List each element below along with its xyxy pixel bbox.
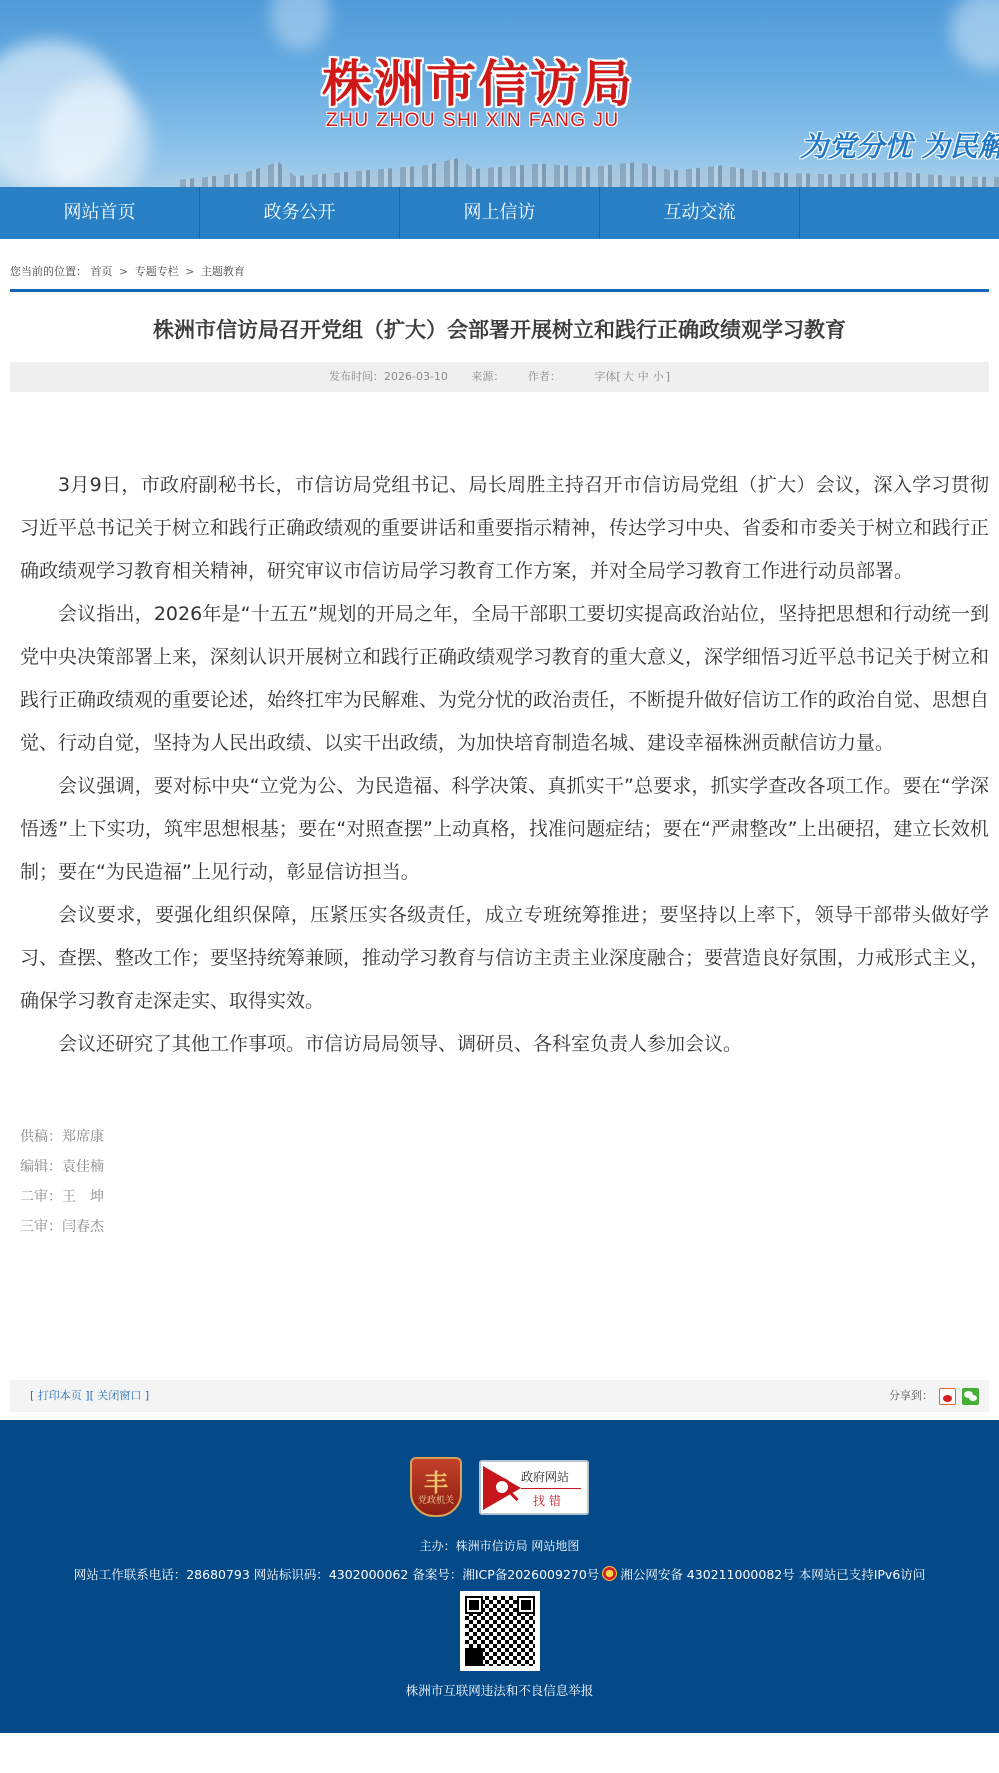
nav-item-home[interactable]: 网站首页 <box>0 187 200 239</box>
print-page-link[interactable]: [ 打印本页 ] <box>30 1389 90 1402</box>
page-actions: [ 打印本页 ][ 关闭窗口 ] <box>30 1380 149 1412</box>
publish-label: 发布时间： <box>329 370 384 383</box>
credit-label: 三审： <box>20 1219 62 1235</box>
breadcrumb: 您当前的位置： 首页 > 专题专栏 > 主题教育 <box>0 239 999 289</box>
credit-second-review: 二审：王 坤 <box>20 1182 999 1212</box>
site-logo-title: 株洲市信访局 <box>322 44 634 116</box>
breadcrumb-separator: > <box>185 265 194 278</box>
weibo-share-icon[interactable] <box>939 1388 956 1405</box>
credit-value: 闫春杰 <box>62 1219 104 1235</box>
font-size-control: 字体[大中小] <box>594 370 670 383</box>
qr-code-image <box>465 1596 535 1666</box>
nav-item-gov-affairs[interactable]: 政务公开 <box>200 187 400 239</box>
share-section: 分享到： <box>889 1380 979 1412</box>
article-title: 株洲市信访局召开党组（扩大）会部署开展树立和践行正确政绩观学习教育 <box>0 312 999 348</box>
credit-value: 郑席康 <box>62 1129 104 1145</box>
article-paragraph: 会议要求，要强化组织保障，压紧压实各级责任，成立专班统筹推进；要坚持以上率下，领… <box>20 894 989 1023</box>
magnifier-icon <box>493 1478 511 1496</box>
font-size-label: 字体[ <box>594 370 620 383</box>
party-government-badge-icon[interactable]: 丰 党政机关 <box>410 1457 462 1517</box>
wechat-share-icon[interactable] <box>962 1388 979 1405</box>
breadcrumb-theme-education[interactable]: 主题教育 <box>201 265 245 278</box>
sponsor-label: 主办： <box>420 1539 456 1553</box>
nav-item-online-petition[interactable]: 网上信访 <box>400 187 600 239</box>
nav-item-interaction[interactable]: 互动交流 <box>600 187 800 239</box>
site-banner: 株洲市信访局 ZHU ZHOU SHI XIN FANG JU 为党分忧 为民解… <box>0 0 999 187</box>
credit-label: 编辑： <box>20 1159 62 1175</box>
credit-value: 王 坤 <box>62 1189 104 1205</box>
article-paragraph: 会议指出，2026年是“十五五”规划的开局之年，全局干部职工要切实提高政治站位，… <box>20 593 989 765</box>
author: 作者： <box>528 370 561 383</box>
share-label: 分享到： <box>889 1380 933 1412</box>
credit-value: 袁佳楠 <box>62 1159 104 1175</box>
article-meta: 发布时间：2026-03-10 来源： 作者： 字体[大中小] <box>10 362 989 392</box>
article-credits: 供稿：郑席康 编辑：袁佳楠 二审：王 坤 三审：闫春杰 <box>20 1122 999 1242</box>
gov-find-line2: 找错 <box>533 1492 565 1509</box>
sponsor-line: 主办：株洲市信访局 网站地图 <box>0 1537 999 1554</box>
article-tools-bar: [ 打印本页 ][ 关闭窗口 ] 分享到： <box>10 1380 989 1412</box>
gov-website-error-report-button[interactable]: 政府网站 找错 <box>479 1460 589 1515</box>
contact-info: 网站工作联系电话：28680793 网站标识码：4302000062 备案号：湘… <box>0 1565 999 1583</box>
breadcrumb-home[interactable]: 首页 <box>91 265 113 278</box>
credit-editor: 编辑：袁佳楠 <box>20 1152 999 1182</box>
breadcrumb-separator: > <box>119 265 128 278</box>
cloud-decoration <box>270 0 330 50</box>
footer-logos: 丰 党政机关 政府网站 找错 <box>0 1420 999 1517</box>
banner-slogan: 为党分忧 为民解难 <box>800 125 999 165</box>
article-body: 3月9日，市政府副秘书长，市信访局党组书记、局长周胜主持召开市信访局党组（扩大）… <box>20 464 989 1066</box>
credit-label: 二审： <box>20 1189 62 1205</box>
credit-contributor: 供稿：郑席康 <box>20 1122 999 1152</box>
public-security-registration[interactable]: 湘公网安备 430211000082号 本网站已支持IPv6访问 <box>620 1567 925 1582</box>
cloud-decoration <box>40 80 150 187</box>
article-paragraph: 3月9日，市政府副秘书长，市信访局党组书记、局长周胜主持召开市信访局党组（扩大）… <box>20 464 989 593</box>
publish-date-value: 2026-03-10 <box>384 370 448 383</box>
site-footer: 丰 党政机关 政府网站 找错 主办：株洲市信访局 网站地图 网站工作联系电话：2… <box>0 1420 999 1733</box>
main-nav: 网站首页 政务公开 网上信访 互动交流 <box>0 187 999 239</box>
font-medium-button[interactable]: 中 <box>638 370 649 383</box>
font-size-close-bracket: ] <box>666 370 670 383</box>
credit-third-review: 三审：闫春杰 <box>20 1212 999 1242</box>
sitemap-link[interactable]: 网站地图 <box>531 1539 579 1553</box>
contact-registration: 网站工作联系电话：28680793 网站标识码：4302000062 备案号：湘… <box>74 1567 600 1582</box>
cloud-decoration <box>950 0 999 70</box>
breadcrumb-special-column[interactable]: 专题专栏 <box>135 265 179 278</box>
font-small-button[interactable]: 小 <box>653 370 664 383</box>
close-window-link[interactable]: [ 关闭窗口 ] <box>90 1389 150 1402</box>
divider <box>10 289 989 292</box>
credit-label: 供稿： <box>20 1129 62 1145</box>
publish-date: 发布时间：2026-03-10 <box>329 370 448 383</box>
qr-code <box>460 1591 540 1671</box>
police-badge-icon <box>602 1566 617 1581</box>
source: 来源： <box>471 370 504 383</box>
illegal-info-report-link[interactable]: 株洲市互联网违法和不良信息举报 <box>406 1683 594 1698</box>
breadcrumb-prefix: 您当前的位置： <box>10 265 87 278</box>
site-logo-subtitle: ZHU ZHOU SHI XIN FANG JU <box>326 110 620 132</box>
article-paragraph: 会议还研究了其他工作事项。市信访局局领导、调研员、各科室负责人参加会议。 <box>20 1023 989 1066</box>
gov-find-line1: 政府网站 <box>521 1468 569 1485</box>
divider <box>521 1488 581 1489</box>
party-badge-text: 党政机关 <box>412 1493 460 1506</box>
report-line: 株洲市互联网违法和不良信息举报 <box>0 1681 999 1699</box>
article-paragraph: 会议强调，要对标中央“立党为公、为民造福、科学决策、真抓实干”总要求，抓实学查改… <box>20 765 989 894</box>
font-large-button[interactable]: 大 <box>623 370 634 383</box>
sponsor-name: 株洲市信访局 <box>456 1539 528 1553</box>
